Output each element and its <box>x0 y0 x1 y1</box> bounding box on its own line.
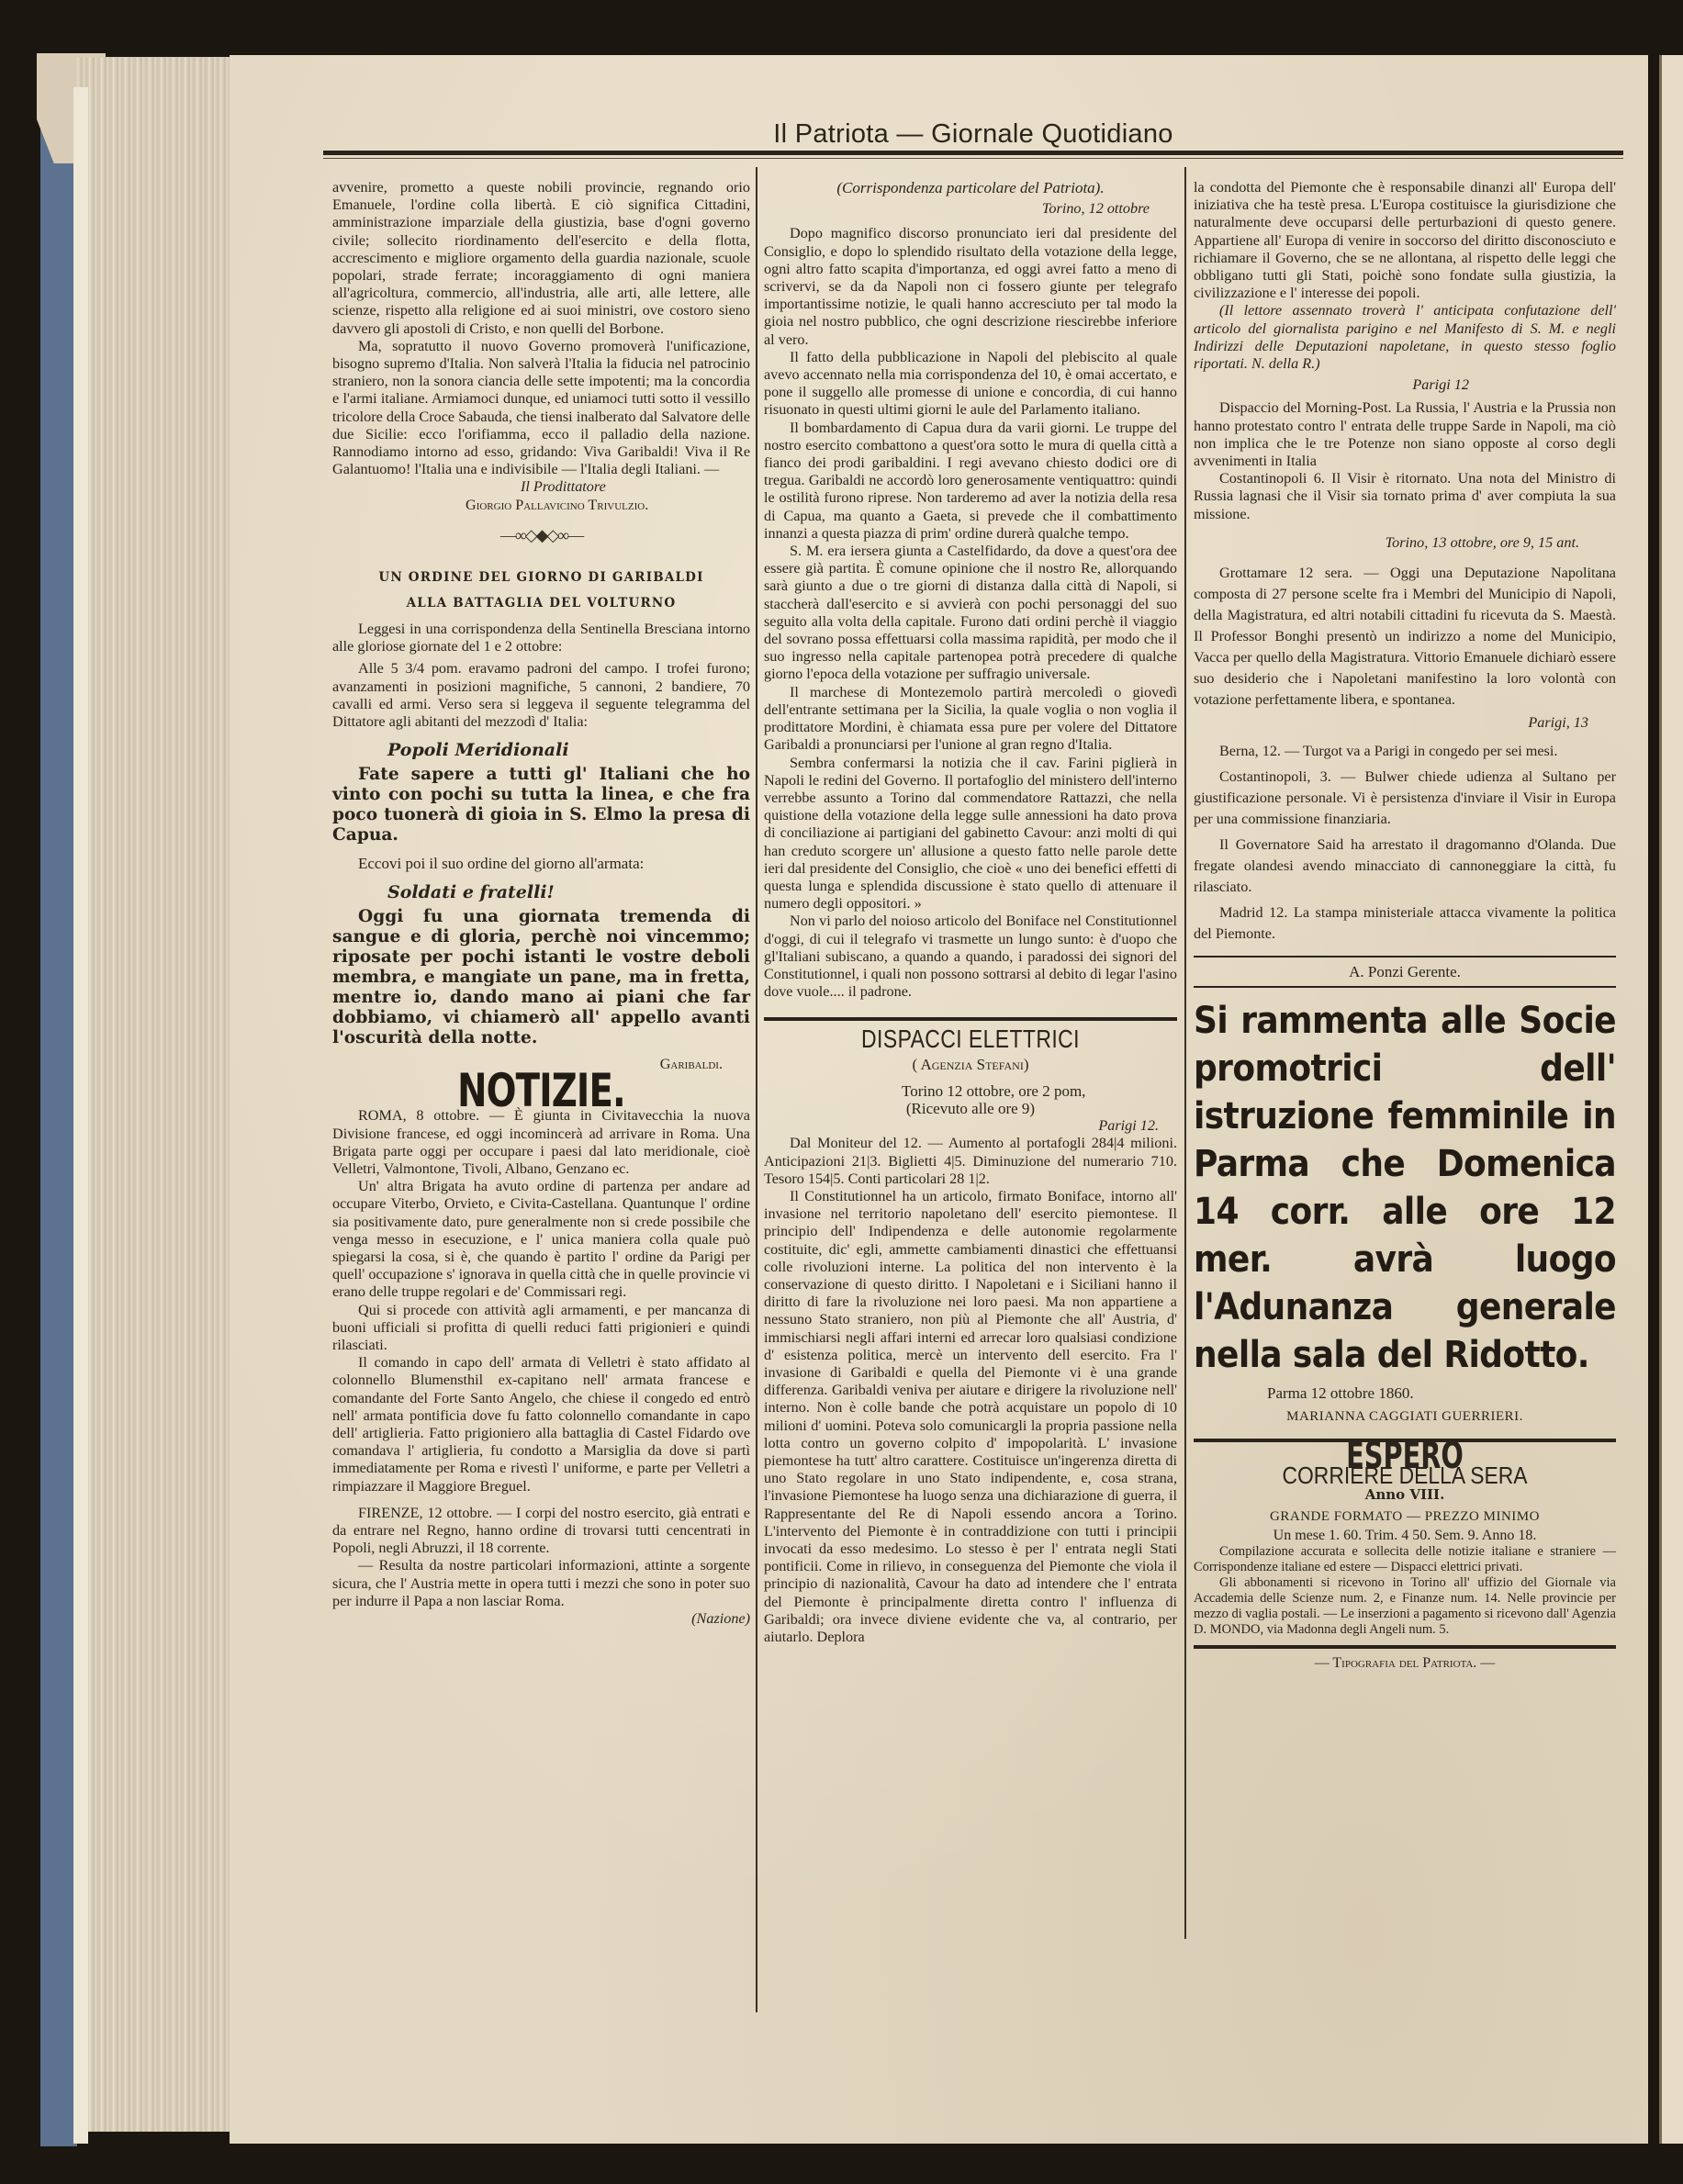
dispatch-dateline: Torino, 13 ottobre, ore 9, 15 ant. <box>1194 534 1616 552</box>
notice-signer: MARIANNA CAGGIATI GUERRIERI. <box>1194 1408 1616 1426</box>
dispatches-received: (Ricevuto alle ore 9) <box>764 1100 1177 1117</box>
correspondence-paragraph: Il fatto della pubblicazione in Napoli d… <box>764 349 1177 420</box>
espero-description: Compilazione accurata e sollecita delle … <box>1194 1544 1616 1575</box>
news-paragraph: Qui si procede con attività agli armamen… <box>332 1302 750 1355</box>
correspondence-heading: (Corrispondenza particolare del Patriota… <box>764 179 1177 196</box>
dispatches-dateline: Torino 12 ottobre, ore 2 pom, <box>764 1082 1177 1100</box>
section-rule <box>1194 956 1616 958</box>
correspondence-paragraph: Il bombardamento di Capua dura da varii … <box>764 420 1177 543</box>
espero-subtitle: CORRIERE DELLA SERA <box>1219 1467 1591 1484</box>
article-paragraph: Alle 5 3/4 pom. eravamo padroni del camp… <box>332 660 750 731</box>
masthead-rule <box>323 151 1623 155</box>
news-paragraph: Un' altra Brigata ha avuto ordine di par… <box>332 1178 750 1301</box>
dispatches-heading: DISPACCI ELETTRICI <box>802 1030 1140 1047</box>
order-title: Soldati e fratelli! <box>332 884 750 902</box>
notizie-heading: NOTIZIE. <box>362 1082 721 1100</box>
dispatch-paragraph: Dispaccio del Morning-Post. La Russia, l… <box>1194 399 1616 470</box>
section-rule <box>764 1017 1177 1021</box>
column-divider-1 <box>756 167 757 2012</box>
dispatch-paragraph: Grottamare 12 sera. — Oggi una Deputazio… <box>1194 563 1616 711</box>
correspondence-paragraph: Non vi parlo del noioso articolo del Bon… <box>764 913 1177 1001</box>
section-rule <box>1194 986 1616 988</box>
column-divider-2 <box>1184 167 1186 1939</box>
masthead-rule-thin <box>323 158 1623 159</box>
article-paragraph: Leggesi in una corrispondenza della Sent… <box>332 621 750 655</box>
signature-role: Il Prodittatore <box>332 478 750 496</box>
masthead-title: Il Patriota — Giornale Quotidiano <box>773 119 1172 149</box>
notice-date: Parma 12 ottobre 1860. <box>1194 1384 1616 1402</box>
telegram-title: Popoli Meridionali <box>332 742 750 759</box>
section-heading: UN ORDINE DEL GIORNO DI GARIBALDI <box>332 565 750 590</box>
espero-format: GRANDE FORMATO — PREZZO MINIMO <box>1194 1508 1616 1526</box>
dispatch-place: Parigi 12. <box>764 1117 1177 1135</box>
correspondence-paragraph: Sembra confermarsi la notizia che il cav… <box>764 755 1177 913</box>
dispatch-place: Parigi 12 <box>1194 376 1616 394</box>
dispatch-paragraph: Costantinopoli 6. Il Visir è ritornato. … <box>1194 470 1616 523</box>
section-rule <box>1194 1645 1616 1649</box>
news-paragraph: FIRENZE, 12 ottobre. — I corpi del nostr… <box>332 1505 750 1558</box>
proclamation-paragraph: Ma, sopratutto il nuovo Governo promover… <box>332 338 750 479</box>
dispatches-agency: ( Agenzia Stefani) <box>764 1056 1177 1073</box>
page-stack-edge <box>73 87 88 2144</box>
section-subheading: ALLA BATTAGLIA DEL VOLTURNO <box>332 590 750 616</box>
article-paragraph: Eccovi poi il suo ordine del giorno all'… <box>332 855 750 872</box>
editor-note: (Il lettore assennato troverà l' anticip… <box>1194 302 1616 373</box>
column-1: avvenire, prometto a queste nobili provi… <box>332 179 750 1628</box>
ornament-divider: —∞◇◆◇∞— <box>332 527 750 544</box>
news-source: (Nazione) <box>332 1610 750 1628</box>
bound-page-stack <box>77 57 230 2132</box>
espero-year: Anno VIII. <box>1194 1486 1616 1504</box>
printer-line: — Tipografia del Patriota. — <box>1194 1654 1616 1672</box>
masthead: Il Patriota — Giornale Quotidiano <box>321 119 1625 149</box>
column-2: (Corrispondenza particolare del Patriota… <box>764 179 1177 1646</box>
gerente-line: A. Ponzi Gerente. <box>1194 963 1616 980</box>
dispatch-place: Parigi, 13 <box>1194 714 1616 732</box>
correspondence-paragraph: Dopo magnifico discorso pronunciato ieri… <box>764 225 1177 348</box>
espero-prices: Un mese 1. 60. Trim. 4 50. Sem. 9. Anno … <box>1194 1527 1616 1544</box>
news-paragraph: — Resulta da nostre particolari informaz… <box>332 1557 750 1610</box>
news-paragraph: ROMA, 8 ottobre. — È giunta in Civitavec… <box>332 1107 750 1178</box>
news-paragraph: Il comando in capo dell' armata di Velle… <box>332 1354 750 1495</box>
correspondence-dateline: Torino, 12 ottobre <box>764 200 1177 218</box>
correspondence-paragraph: Il marchese di Montezemolo partirà merco… <box>764 684 1177 755</box>
signature-name: Giorgio Pallavicino Trivulzio. <box>332 497 750 514</box>
telegram-text: Fate sapere a tutti gl' Italiani che ho … <box>332 765 750 846</box>
order-text: Oggi fu una giornata tremenda di sangue … <box>332 907 750 1048</box>
dispatch-paragraph: la condotta del Piemonte che è responsab… <box>1194 179 1616 302</box>
proclamation-paragraph: avvenire, prometto a queste nobili provi… <box>332 179 750 338</box>
facing-page-edge <box>1662 55 1683 2144</box>
correspondence-paragraph: S. M. era iersera giunta a Castelfidardo… <box>764 543 1177 684</box>
notice-advertisement: Si rammenta alle Socie promotrici dell' … <box>1194 997 1616 1379</box>
column-3: la condotta del Piemonte che è responsab… <box>1194 179 1616 1672</box>
dispatch-paragraph: Costantinopoli, 3. — Bulwer chiede udien… <box>1194 767 1616 830</box>
dispatch-paragraph: Madrid 12. La stampa ministeriale attacc… <box>1194 902 1616 945</box>
book-cover-edge <box>40 53 77 2146</box>
dispatch-paragraph: Il Constitutionnel ha un articolo, firma… <box>764 1188 1177 1646</box>
dispatch-paragraph: Berna, 12. — Turgot va a Parigi in conge… <box>1194 741 1616 762</box>
espero-subscriptions: Gli abbonamenti si ricevono in Torino al… <box>1194 1575 1616 1638</box>
dispatch-paragraph: Dal Moniteur del 12. — Aumento al portaf… <box>764 1135 1177 1188</box>
dispatch-paragraph: Il Governatore Said ha arrestato il drag… <box>1194 834 1616 898</box>
